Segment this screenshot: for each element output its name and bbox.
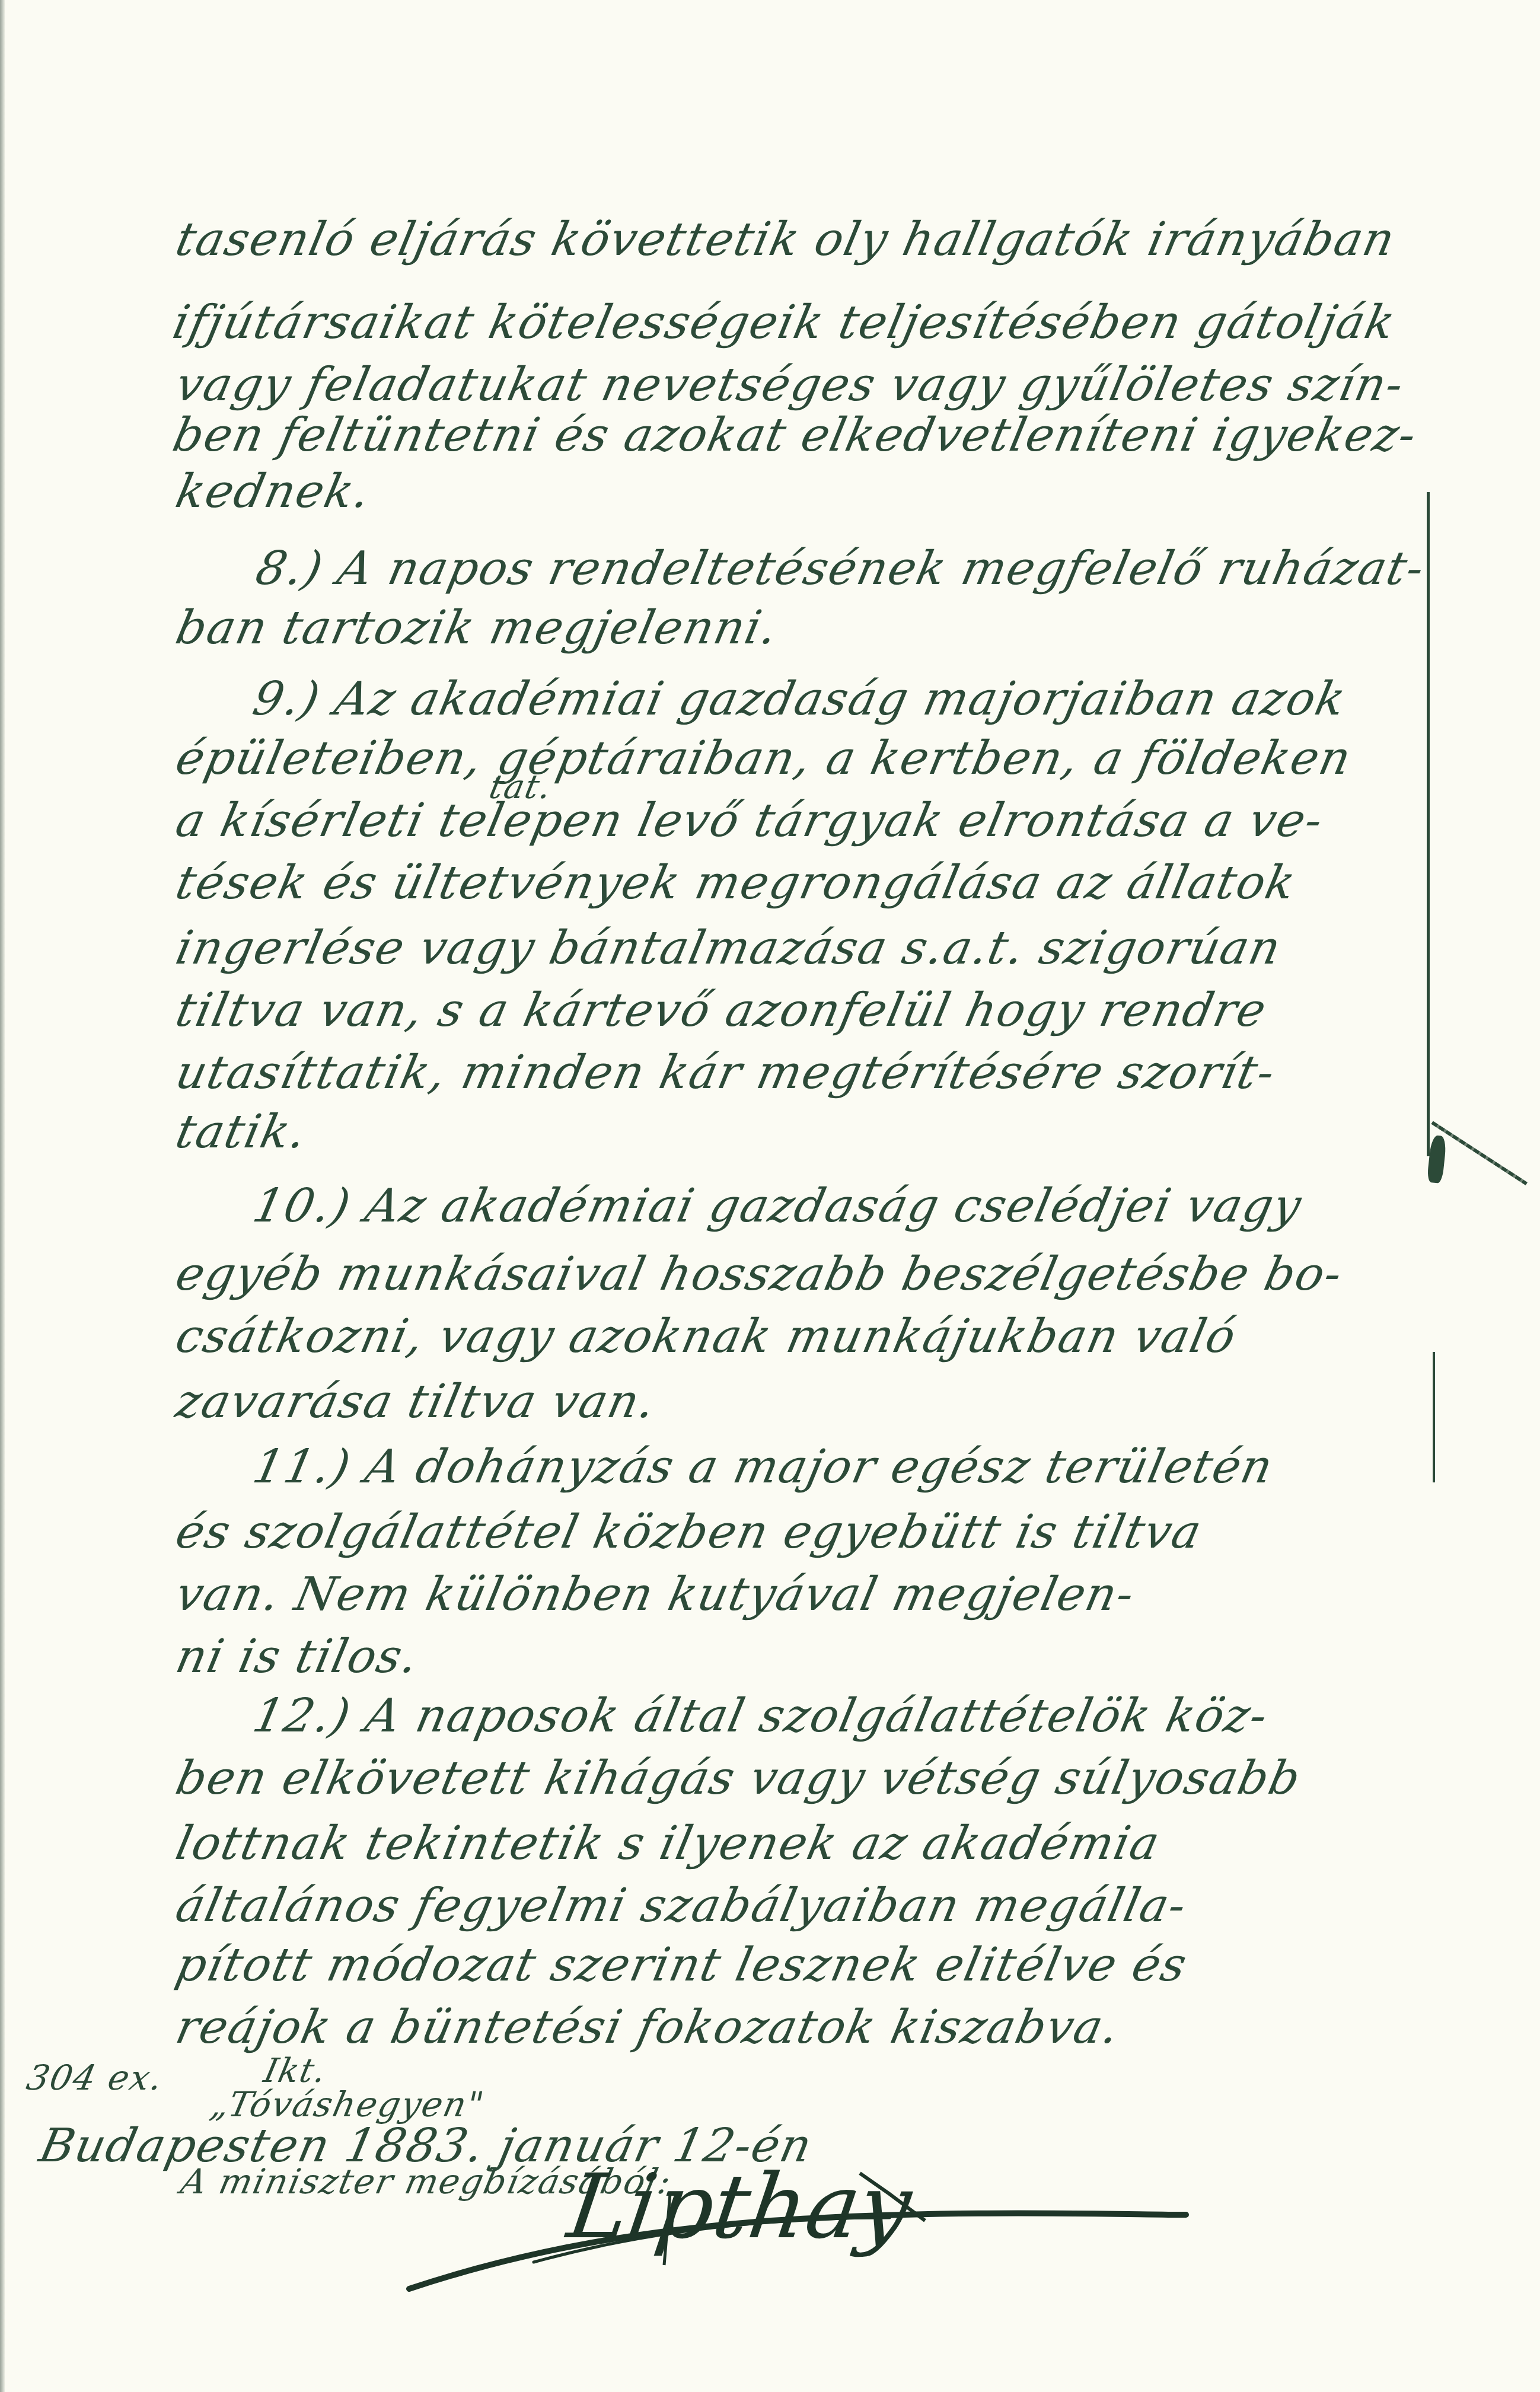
paragraph-9-line: tatik. xyxy=(172,1109,311,1155)
paragraph-9-line: utasíttatik, minden kár megtérítésére sz… xyxy=(172,1050,1280,1096)
paragraph-9-line: tiltva van, s a kártevő azonfelül hogy r… xyxy=(172,987,1271,1034)
paragraph-9-line: épületeiben, géptáraiban, a kertben, a f… xyxy=(172,735,1356,782)
paragraph-8-line: 8.) A napos rendeltetésének megfelelő ru… xyxy=(252,546,1429,592)
paragraph-12-line: ben elkövetett kihágás vagy vétség súlyo… xyxy=(172,1755,1305,1801)
paragraph-11-line: ni is tilos. xyxy=(172,1634,423,1680)
paragraph-12-line: lottnak tekintetik s ilyenek az akadémia xyxy=(172,1820,1164,1867)
text-line: tasenló eljárás követtetik oly hallgatók… xyxy=(172,216,1399,263)
reference-number: 304 ex. xyxy=(24,2061,167,2095)
paragraph-9-line: a kísérleti telepen levő tárgyak elrontá… xyxy=(172,798,1328,844)
text-line: kednek. xyxy=(172,468,375,515)
paragraph-9-line: 9.) Az akadémiai gazdaság majorjaiban az… xyxy=(249,676,1350,722)
paragraph-12-line: 12.) A naposok által szolgálattételök kö… xyxy=(249,1693,1273,1739)
paragraph-10-line: csátkozni, vagy azoknak munkájukban való xyxy=(172,1313,1241,1360)
binding-cord-knot xyxy=(1427,1135,1447,1184)
text-line: ben feltüntetni és azokat elkedvetleníte… xyxy=(169,412,1421,458)
paragraph-12-line: általános fegyelmi szabályaiban megálla- xyxy=(172,1883,1191,1929)
signature: Lipthay xyxy=(562,2155,917,2259)
paragraph-8-line: ban tartozik megjelenni. xyxy=(172,605,782,651)
paragraph-9-line: ingerlése vagy bántalmazása s.a.t. szigo… xyxy=(172,925,1286,971)
paragraph-11-line: 11.) A dohányzás a major egész területén xyxy=(249,1444,1277,1490)
paragraph-11-line: van. Nem különben kutyával megjelen- xyxy=(172,1571,1139,1618)
text-line: ifjútársaikat kötelességeik teljesítéséb… xyxy=(169,299,1400,346)
paragraph-10-line: egyéb munkásaival hosszabb beszélgetésbe… xyxy=(172,1251,1347,1297)
paragraph-12-line: reájok a büntetési fokozatok kiszabva. xyxy=(172,2004,1124,2050)
footer-quote: „Tóváshegyen" xyxy=(208,2087,487,2122)
margin-rule xyxy=(1427,492,1430,1156)
paragraph-9-line: tések és ültetvények megrongálása az áll… xyxy=(172,860,1300,906)
paragraph-10-line: zavarása tiltva van. xyxy=(172,1379,660,1425)
paragraph-11-line: és szolgálattétel közben egyebütt is til… xyxy=(172,1509,1206,1555)
margin-rule xyxy=(1433,1352,1435,1482)
reference-mark: Ikt. xyxy=(261,2055,330,2088)
paragraph-10-line: 10.) Az akadémiai gazdaság cselédjei vag… xyxy=(249,1183,1306,1229)
binding-cord xyxy=(1431,1121,1528,1185)
handwritten-page: tasenló eljárás követtetik oly hallgatók… xyxy=(0,0,1540,2392)
paragraph-12-line: pított módozat szerint lesznek elitélve … xyxy=(172,1942,1191,1988)
text-line: vagy feladatukat nevetséges vagy gyűlöle… xyxy=(172,362,1408,408)
